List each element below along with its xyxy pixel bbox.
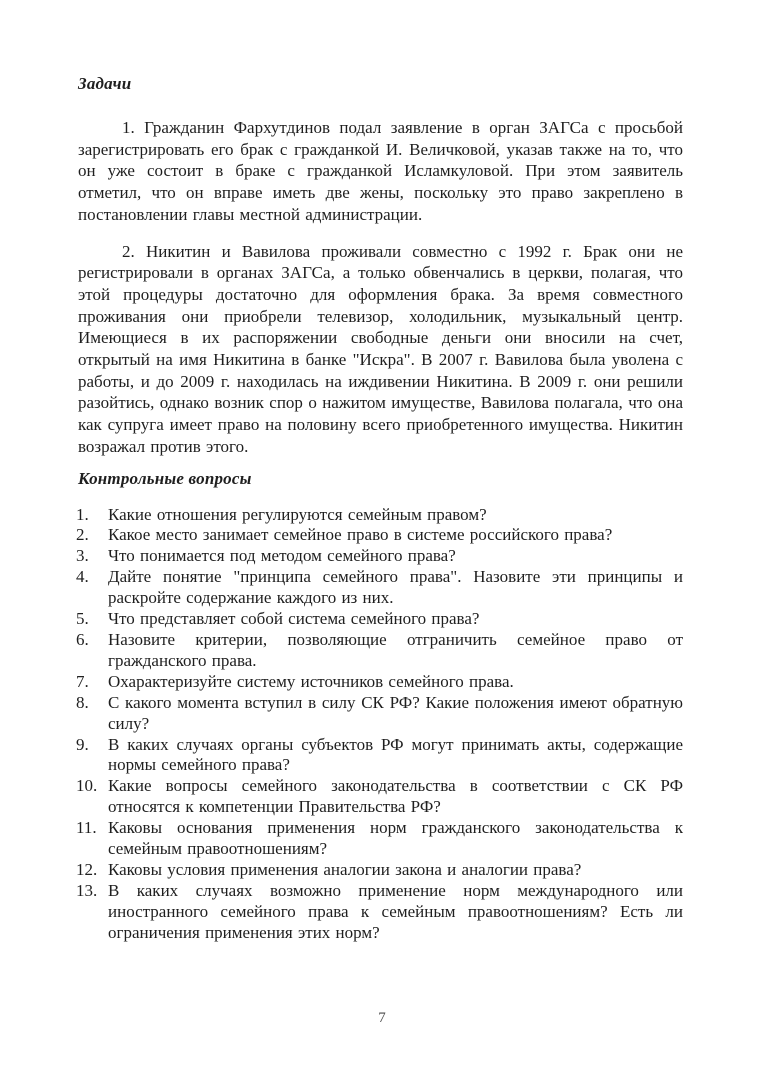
question-number: 4. <box>76 567 89 588</box>
question-text: Что понимается под методом семейного пра… <box>108 546 456 565</box>
question-number: 5. <box>76 609 89 630</box>
question-number: 13. <box>76 881 97 902</box>
question-number: 2. <box>76 525 89 546</box>
question-item-6: 6. Назовите критерии, позволяющие отгран… <box>78 630 683 672</box>
question-item-7: 7. Охарактеризуйте систему источников се… <box>78 672 683 693</box>
question-number: 3. <box>76 546 89 567</box>
section-heading-tasks: Задачи <box>78 73 683 95</box>
document-page: Задачи 1. Гражданин Фархутдинов подал за… <box>0 0 764 1080</box>
section-heading-questions: Контрольные вопросы <box>78 468 683 490</box>
question-number: 11. <box>76 818 97 839</box>
question-text: Каковы условия применения аналогии закон… <box>108 860 581 879</box>
question-item-13: 13. В каких случаях возможно применение … <box>78 881 683 944</box>
questions-list: 1. Какие отношения регулируются семейным… <box>78 505 683 944</box>
question-number: 6. <box>76 630 89 651</box>
task-paragraph-1: 1. Гражданин Фархутдинов подал заявление… <box>78 117 683 226</box>
tasks-section: 1. Гражданин Фархутдинов подал заявление… <box>78 117 683 458</box>
question-item-8: 8. С какого момента вступил в силу СК РФ… <box>78 693 683 735</box>
question-item-1: 1. Какие отношения регулируются семейным… <box>78 505 683 526</box>
question-number: 1. <box>76 505 89 526</box>
question-number: 7. <box>76 672 89 693</box>
question-text: Назовите критерии, позволяющие отграничи… <box>108 630 683 670</box>
question-text: С какого момента вступил в силу СК РФ? К… <box>108 693 683 733</box>
question-item-2: 2. Какое место занимает семейное право в… <box>78 525 683 546</box>
question-text: Какие вопросы семейного законодательства… <box>108 776 683 816</box>
question-number: 10. <box>76 776 97 797</box>
page-number: 7 <box>0 1010 764 1027</box>
question-item-12: 12. Каковы условия применения аналогии з… <box>78 860 683 881</box>
question-item-10: 10. Какие вопросы семейного законодатель… <box>78 776 683 818</box>
question-text: В каких случаях органы субъектов РФ могу… <box>108 735 683 775</box>
question-text: Каковы основания применения норм граждан… <box>108 818 683 858</box>
question-text: Что представляет собой система семейного… <box>108 609 479 628</box>
question-item-3: 3. Что понимается под методом семейного … <box>78 546 683 567</box>
question-text: В каких случаях возможно применение норм… <box>108 881 683 942</box>
question-item-11: 11. Каковы основания применения норм гра… <box>78 818 683 860</box>
question-text: Какие отношения регулируются семейным пр… <box>108 505 487 524</box>
question-item-4: 4. Дайте понятие "принципа семейного пра… <box>78 567 683 609</box>
question-number: 8. <box>76 693 89 714</box>
question-item-9: 9. В каких случаях органы субъектов РФ м… <box>78 735 683 777</box>
question-text: Дайте понятие "принципа семейного права"… <box>108 567 683 607</box>
question-number: 12. <box>76 860 97 881</box>
question-item-5: 5. Что представляет собой система семейн… <box>78 609 683 630</box>
question-text: Охарактеризуйте систему источников семей… <box>108 672 514 691</box>
task-paragraph-2: 2. Никитин и Вавилова проживали совместн… <box>78 241 683 458</box>
question-number: 9. <box>76 735 89 756</box>
question-text: Какое место занимает семейное право в си… <box>108 525 612 544</box>
